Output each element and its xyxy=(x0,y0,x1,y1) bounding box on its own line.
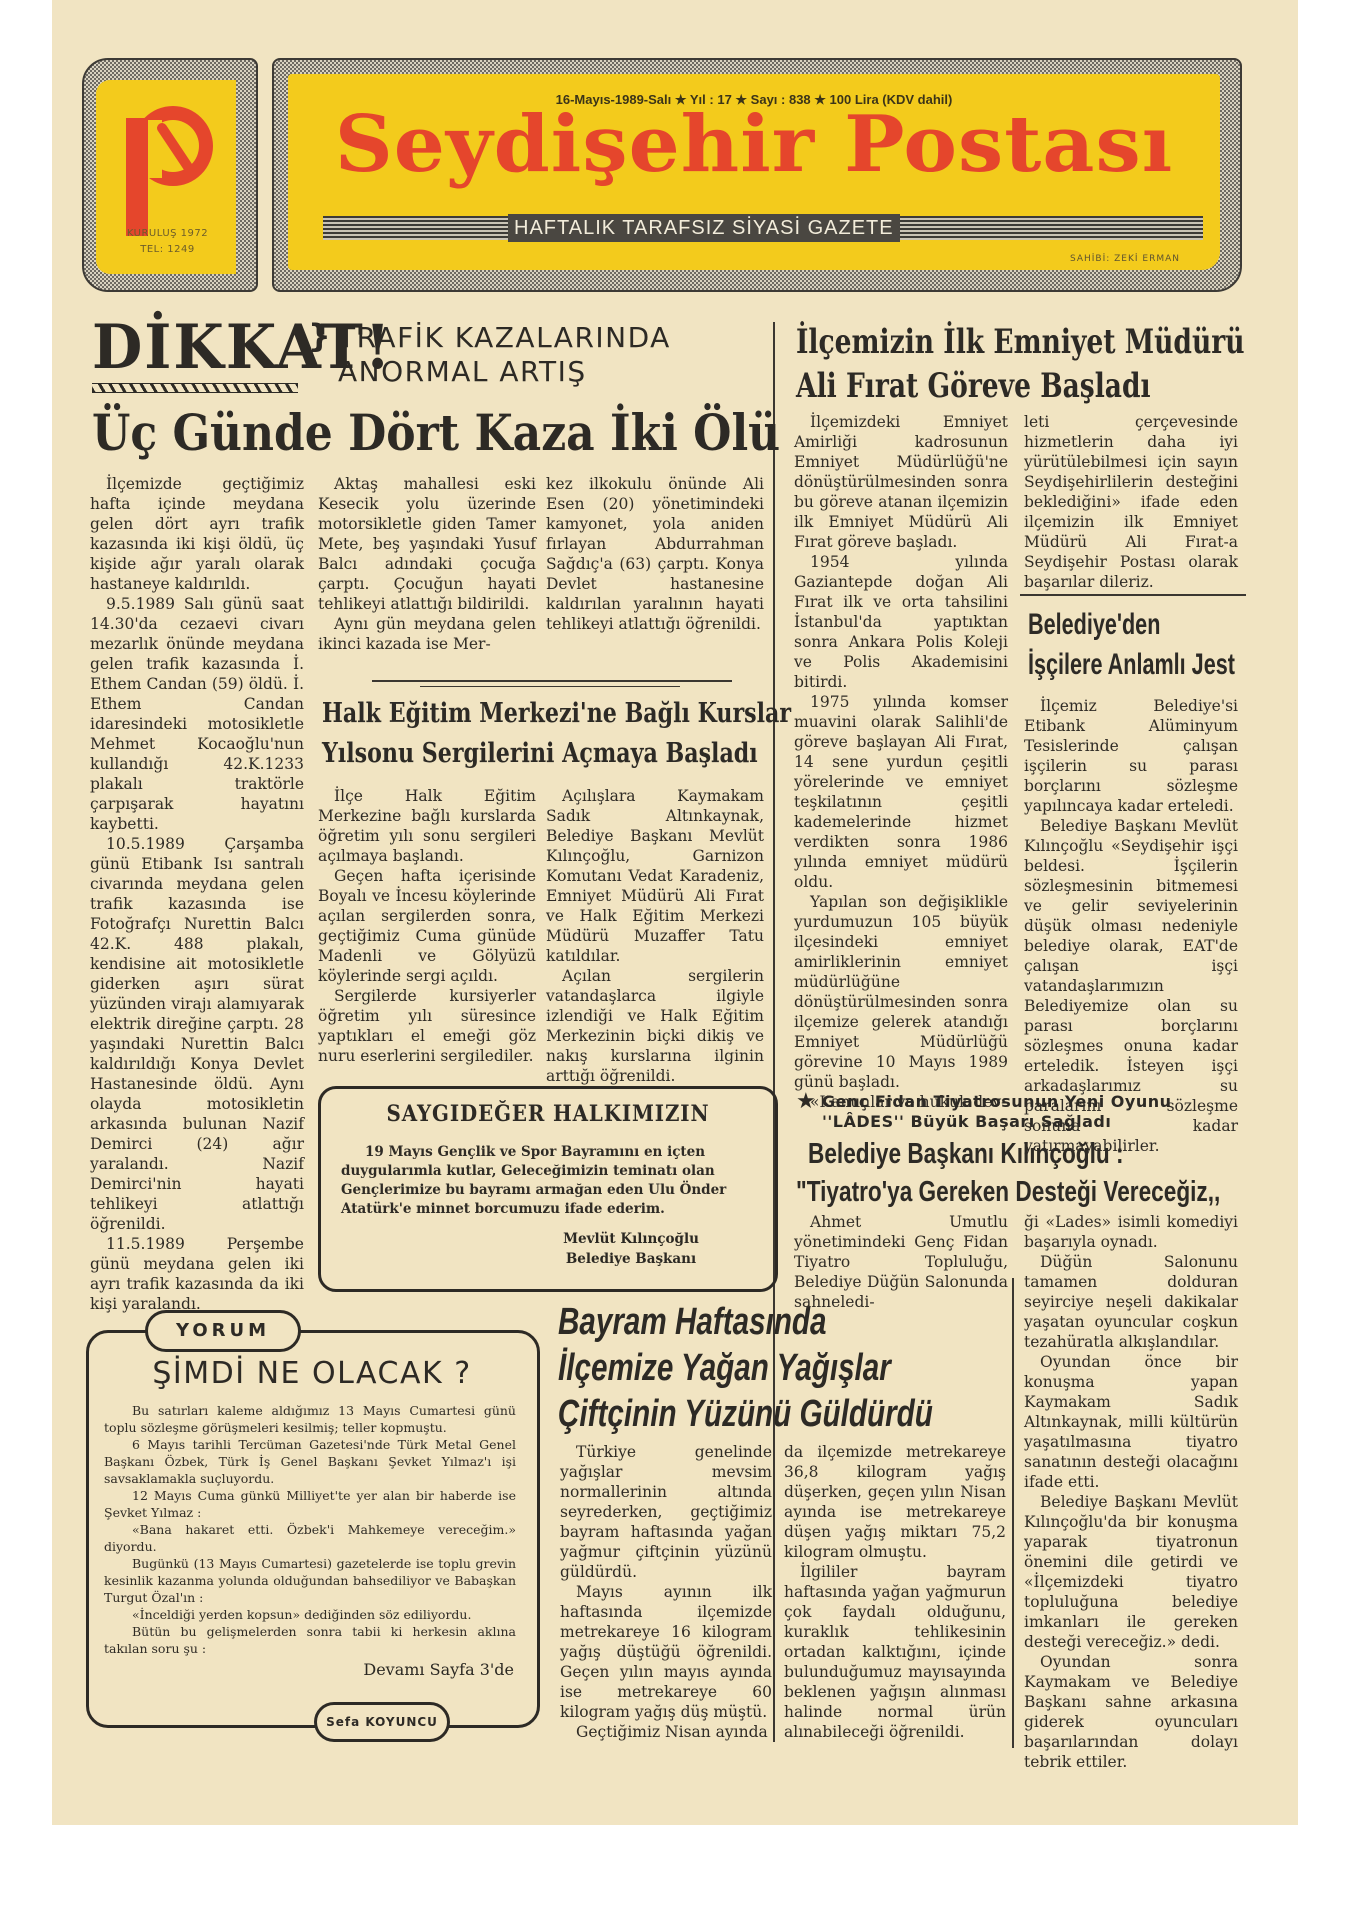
traffic-column-1: İlçemizde geçtiğimiz hafta içinde meydan… xyxy=(90,474,304,1314)
column-divider xyxy=(773,322,775,1742)
announcement-body: 19 Mayıs Gençlik ve Spor Bayramını en iç… xyxy=(341,1143,751,1219)
decorative-braid xyxy=(92,383,298,393)
phone-number: TEL: 1249 xyxy=(110,244,225,255)
tiyatro-column-1: Ahmet Umutlu yönetimindeki Genç Fidan Ti… xyxy=(794,1212,1008,1312)
headline-rain-1: Bayram Haftasında xyxy=(558,1300,827,1344)
newspaper-title: Seydişehir Postası xyxy=(274,106,1234,184)
section-divider-emniyet xyxy=(1020,594,1246,596)
announcement-signature-name: Mevlüt Kılınçoğlu xyxy=(521,1229,741,1249)
tiyatro-kicker-1: Genç Fidan Tiyatrosunun Yeni Oyunu xyxy=(822,1092,1171,1112)
announcement-title: SAYGIDEĞER HALKIMIZIN xyxy=(344,1101,753,1127)
kicker-subtitle-2: ANORMAL ARTIŞ xyxy=(338,356,587,388)
headline-tiyatro-2: "Tiyatro'ya Gereken Desteği Vereceğiz,, xyxy=(796,1174,1220,1210)
kicker-subtitle-1: TRAFİK KAZALARINDA xyxy=(338,322,671,354)
star-icon: ★ xyxy=(796,1090,816,1114)
title-panel: 16-Mayıs-1989-Salı ★ Yıl : 17 ★ Sayı : 8… xyxy=(288,74,1220,270)
continued-link[interactable]: Devamı Sayfa 3'de xyxy=(300,1660,514,1679)
headline-halk-egitim-2: Yılsonu Sergilerini Açmaya Başladı xyxy=(322,736,758,772)
tiyatro-kicker-2: ''LÂDES'' Büyük Başarı Sağladı xyxy=(822,1112,1111,1132)
section-divider-thin xyxy=(420,686,680,687)
headline-halk-egitim-1: Halk Eğitim Merkezi'ne Bağlı Kurslar xyxy=(322,696,791,732)
yorum-author: Sefa KOYUNCU xyxy=(314,1702,450,1742)
headline-rain-3: Çiftçinin Yüzünü Güldürdü xyxy=(558,1392,933,1436)
traffic-column-2: Aktaş mahallesi eski Kesecik yolu üzerin… xyxy=(318,474,536,654)
emniyet-column-2: leti çerçevesinde hizmetlerin daha iyi y… xyxy=(1024,412,1238,592)
traffic-column-3: kez ilkokulu önünde Ali Esen (20) yöneti… xyxy=(546,474,764,634)
yorum-label: YORUM xyxy=(145,1310,301,1352)
rain-column-2: da ilçemizde metrekareye 36,8 kilogram y… xyxy=(784,1442,1006,1742)
owner-credit: SAHİBİ: ZEKİ ERMAN xyxy=(1070,254,1180,264)
headline-jest-2: İşçilere Anlamlı Jest xyxy=(1028,646,1235,684)
rain-column-1: Türkiye genelinde yağışlar mevsim normal… xyxy=(560,1442,772,1742)
headline-rain-2: İlçemize Yağan Yağışlar xyxy=(558,1346,891,1390)
jest-column: İlçemiz Belediye'si Etibank Alüminyum Te… xyxy=(1024,696,1238,1156)
halk-egitim-column-1: İlçe Halk Eğitim Merkezine bağlı kurslar… xyxy=(318,786,536,1066)
tiyatro-column-2: ği «Lades» isimli komediyi başarıyla oyn… xyxy=(1024,1212,1238,1772)
headline-emniyet-2: Ali Fırat Göreve Başladı xyxy=(796,364,1151,408)
section-divider xyxy=(372,680,732,682)
announcement-box: SAYGIDEĞER HALKIMIZIN 19 Mayıs Gençlik v… xyxy=(318,1086,778,1292)
logo-panel: KURULUŞ 1972 TEL: 1249 xyxy=(96,80,236,274)
headline-traffic: Üç Günde Dört Kaza İki Ölü xyxy=(92,405,780,461)
emniyet-column-1: İlçemizdeki Emniyet Amirliği kadrosunun … xyxy=(794,412,1008,1112)
halk-egitim-column-2: Açılışlara Kaymakam Sadık Altınkaynak, B… xyxy=(546,786,764,1086)
founded-year: KURULUŞ 1972 xyxy=(110,228,225,239)
headline-jest-1: Belediye'den xyxy=(1028,606,1160,644)
yorum-headline: ŞİMDİ NE OLACAK ? xyxy=(86,1356,538,1391)
headline-emniyet-1: İlçemizin İlk Emniyet Müdürü xyxy=(796,320,1244,364)
announcement-signature-title: Belediye Başkanı xyxy=(521,1249,741,1269)
yorum-body: Bu satırları kaleme aldığımız 13 Mayıs C… xyxy=(104,1402,516,1657)
headline-tiyatro-1: Belediye Başkanı Kılınçoğlu : xyxy=(808,1136,1124,1172)
brace-icon: } xyxy=(308,322,331,350)
sp-logo-icon xyxy=(118,98,218,238)
slogan: HAFTALIK TARAFSIZ SİYASİ GAZETE xyxy=(508,214,900,242)
column-divider-right xyxy=(1012,1278,1014,1748)
